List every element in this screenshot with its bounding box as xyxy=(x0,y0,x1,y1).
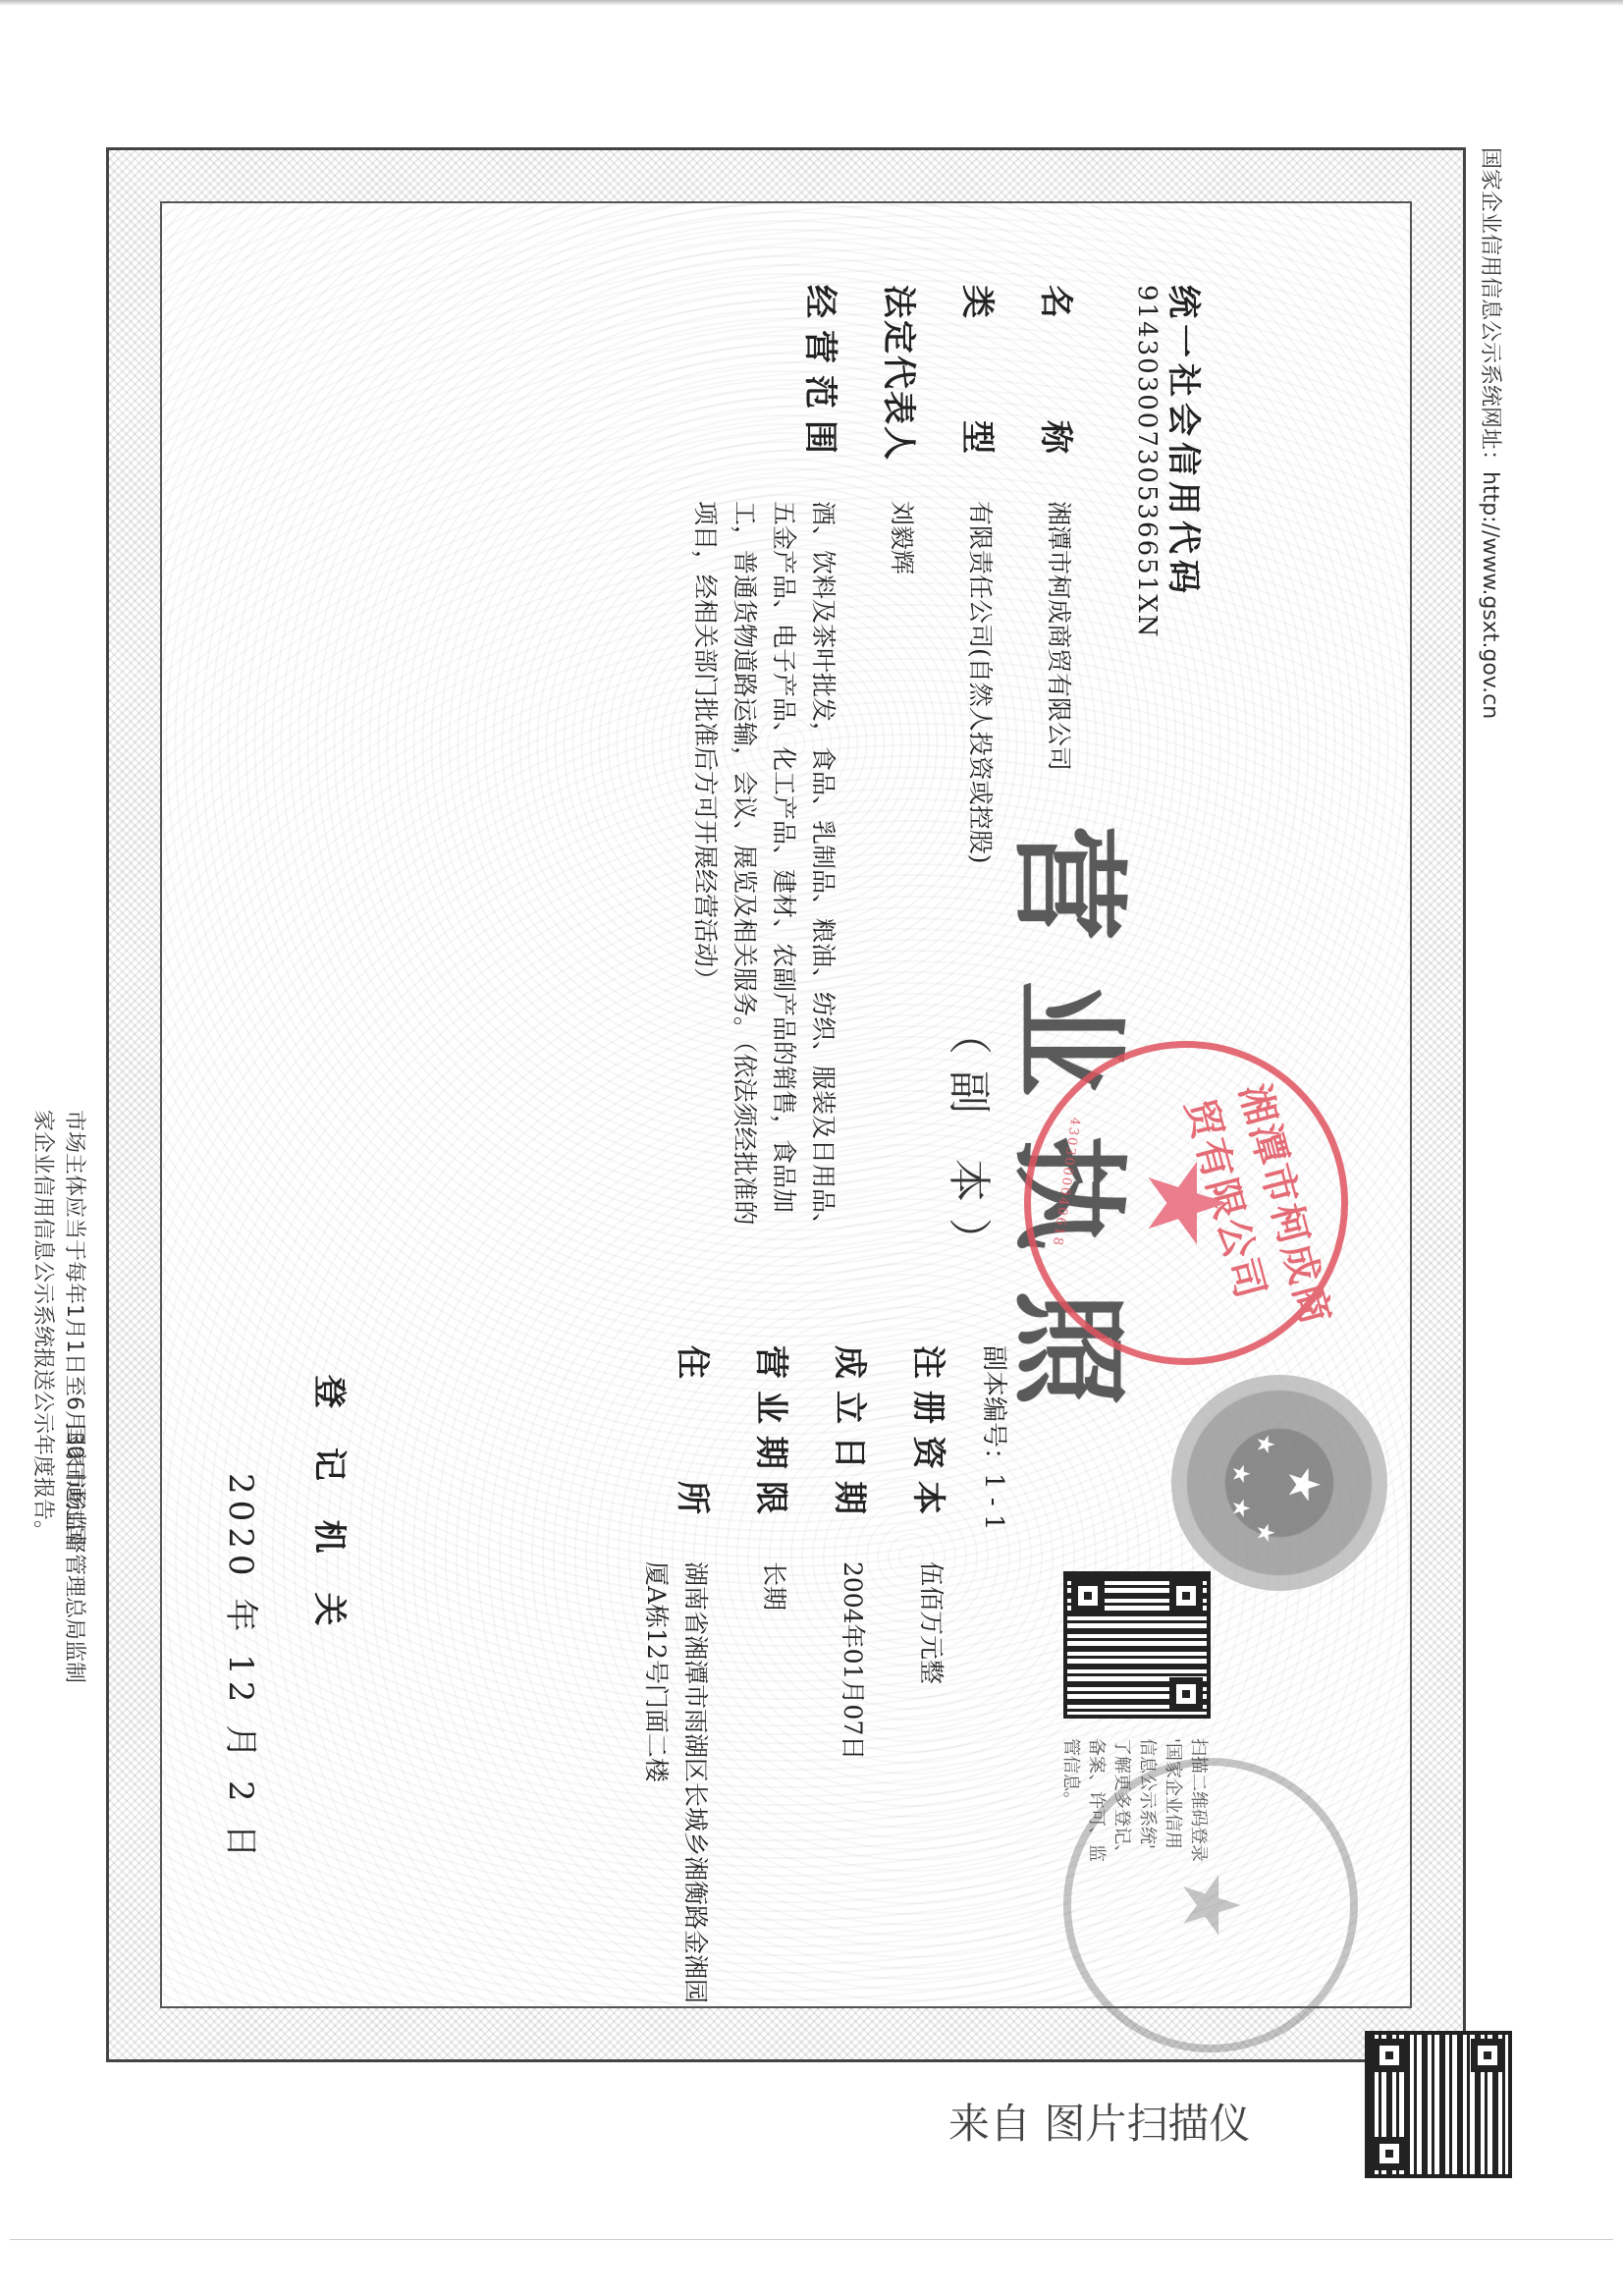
business-license-document: 国家企业信用信息公示系统网址：http://www.gsxt.gov.cn 国家… xyxy=(0,0,1623,2296)
field-scope-value: 酒、饮料及茶叶批发，食品、乳制品、粮油、纺织、服装及日用品、 五金产品、电子产品… xyxy=(685,501,842,1237)
registration-authority-label: 登 记 机 关 xyxy=(308,1375,356,1640)
annual-report-notice-2: 家企业信用信息公示系统报送公示年度报告。 xyxy=(29,1110,60,1542)
license-subtitle: （副 本） xyxy=(942,1011,1004,1277)
issue-day-suffix: 日 xyxy=(221,1825,260,1864)
field-legal-rep-value: 刘毅辉 xyxy=(886,501,921,574)
field-term-label: 营业期限 xyxy=(750,1345,798,1526)
field-address-value: 湖南省湘潭市雨湖区长城乡湘衡路金湘园 厦A栋12号门面二楼 xyxy=(636,1561,715,2003)
scope-line: 酒、饮料及茶叶批发，食品、乳制品、粮油、纺织、服装及日用品、 xyxy=(803,501,842,1237)
field-established-label: 成立日期 xyxy=(829,1345,877,1526)
field-legal-rep-label: 法定代表人 xyxy=(878,285,926,462)
seal-star-icon: ★ xyxy=(1123,1155,1249,1252)
copy-number: 副本编号：1 - 1 xyxy=(978,1345,1014,1530)
issue-month: 12 xyxy=(221,1654,260,1708)
field-capital-label: 注册资本 xyxy=(907,1345,955,1526)
field-type-label: 类 型 xyxy=(956,285,1004,465)
gsxt-url-text: 国家企业信用信息公示系统网址：http://www.gsxt.gov.cn xyxy=(1477,147,1507,719)
credit-code-label: 统一社会信用代码 xyxy=(1163,285,1211,599)
scanner-qr-code[interactable] xyxy=(1365,2031,1512,2178)
field-name-value: 湘潭市柯成商贸有限公司 xyxy=(1043,501,1078,771)
address-line: 湖南省湘潭市雨湖区长城乡湘衡路金湘园 xyxy=(676,1561,715,2003)
scope-line: 五金产品、电子产品、化工产品、建材、农副产品的销售，食品加 xyxy=(764,501,803,1237)
scope-line: 工，普通货物道路运输，会议、展览及相关服务。（依法须经批准的 xyxy=(725,501,764,1237)
scanner-watermark: 来自 图片扫描仪 xyxy=(943,2090,1256,2153)
field-established-value: 2004年01月07日 xyxy=(837,1561,872,1760)
copy-number-label: 副本编号： xyxy=(979,1345,1008,1473)
field-capital-value: 伍佰万元整 xyxy=(915,1561,950,1684)
address-line: 厦A栋12号门面二楼 xyxy=(636,1561,676,2003)
issue-date: 2020 年 12 月 2 日 xyxy=(220,1473,268,1864)
field-name-label: 名 称 xyxy=(1035,285,1083,465)
scope-line: 项目，经相关部门批准后方可开展经营活动） xyxy=(685,501,725,1237)
company-seal: 湘潭市柯成商贸有限公司 ★ 4303000040618 xyxy=(1024,1041,1348,1365)
national-emblem: ★ ★ ★ ★ ★ xyxy=(1171,1375,1387,1591)
issue-day: 2 xyxy=(221,1780,260,1808)
seal-number: 4303000040618 xyxy=(1050,1117,1082,1248)
authority-seal: ★ xyxy=(1063,1758,1358,2052)
field-term-value: 长期 xyxy=(758,1561,793,1611)
annual-report-notice-1: 市场主体应当于每年1月1日至6月30日通过国 xyxy=(61,1110,91,1546)
issue-month-suffix: 月 xyxy=(221,1724,260,1764)
copy-number-value: 1 - 1 xyxy=(979,1473,1008,1530)
license-qr-code[interactable] xyxy=(1063,1571,1211,1719)
issue-year: 2020 xyxy=(221,1473,260,1582)
issue-year-suffix: 年 xyxy=(221,1598,260,1637)
field-address-label: 住 所 xyxy=(672,1345,720,1526)
field-scope-label: 经营范围 xyxy=(799,285,847,465)
authority-seal-star-icon: ★ xyxy=(1165,1870,1257,1941)
field-type-value: 有限责任公司(自然人投资或控股) xyxy=(964,501,1000,864)
credit-code-value: 91430300730536651XN xyxy=(1132,285,1162,638)
